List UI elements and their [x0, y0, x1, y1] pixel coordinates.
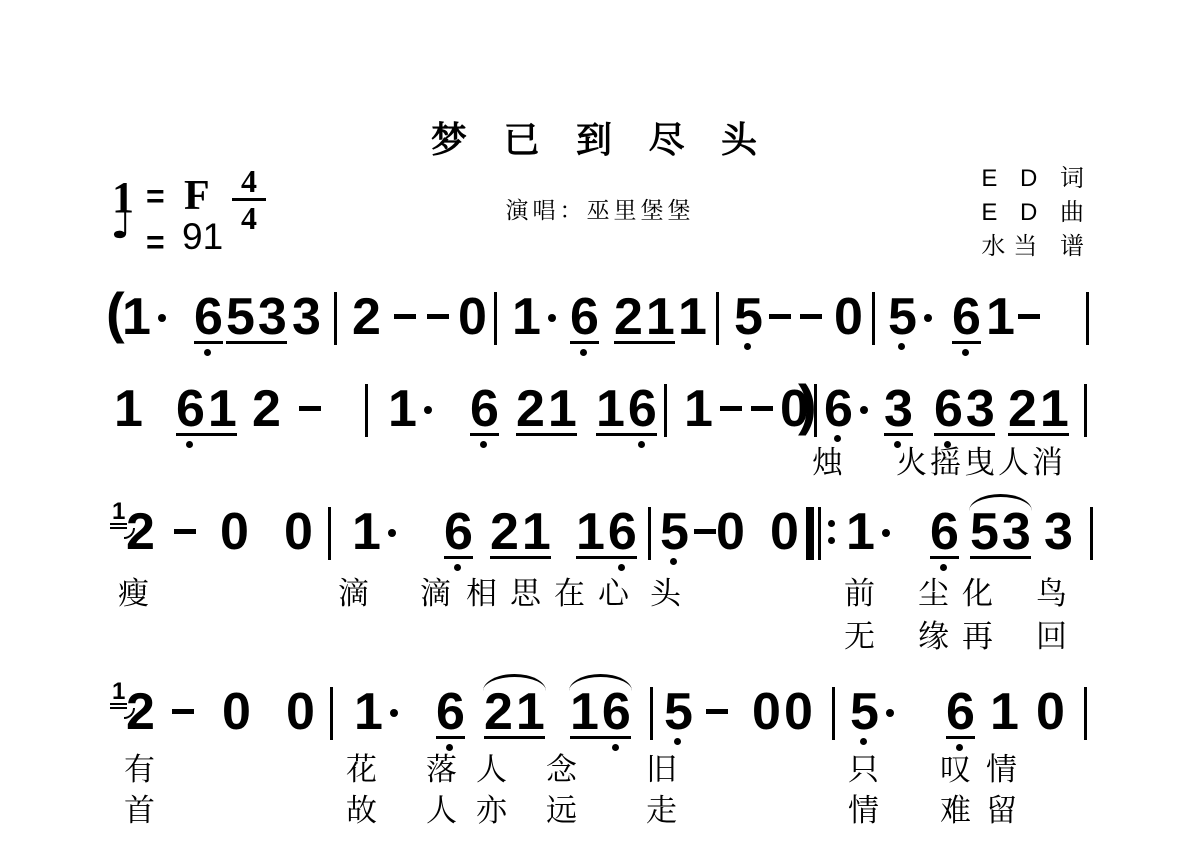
- digit-glyph: 0: [1036, 690, 1065, 734]
- octave-dot: [670, 558, 677, 565]
- barline: [872, 292, 875, 345]
- lyric-char: 故: [346, 795, 377, 826]
- note-digit: 2: [516, 387, 545, 431]
- note: 1: [678, 295, 707, 341]
- note: 0: [784, 690, 813, 736]
- grace-note: 1: [110, 502, 127, 529]
- duration-dash: [769, 314, 791, 319]
- note-digit: 1: [570, 690, 599, 734]
- note-body: 1: [990, 690, 1019, 736]
- note-digit: 0: [834, 295, 863, 339]
- lyric-char: 落: [426, 754, 457, 785]
- note-body: 6: [570, 295, 599, 344]
- digit-glyph: 3: [258, 295, 287, 339]
- augmentation-dot: [390, 709, 398, 717]
- digit-glyph: 2: [1008, 387, 1037, 431]
- note-body: 2: [352, 295, 381, 341]
- lyric-char: 鸟: [1036, 578, 1067, 609]
- digit-glyph: 1: [548, 387, 577, 431]
- note: 6: [570, 295, 599, 344]
- repeat-sign-part: [806, 507, 814, 560]
- digit-glyph: 5: [660, 510, 689, 554]
- beam-group: 53: [970, 510, 1031, 559]
- barline: [494, 292, 497, 345]
- note: 2: [126, 510, 155, 556]
- note-body: 3: [292, 295, 321, 341]
- note-body: 0: [1036, 690, 1065, 736]
- note-body: 1: [512, 295, 541, 341]
- note: 0: [1036, 690, 1065, 736]
- augmentation-dot: [924, 314, 932, 322]
- digit-glyph: 1: [114, 387, 143, 431]
- note-body: 6: [946, 690, 975, 739]
- barline: [334, 292, 337, 345]
- augmentation-dot: [548, 314, 556, 322]
- note-digit: 1: [352, 510, 381, 554]
- lyric-char: 花: [346, 754, 377, 785]
- note-body: 5: [664, 690, 693, 736]
- duration-dash: [800, 314, 822, 319]
- lyric-char: 人: [426, 795, 457, 826]
- note-body: 1: [986, 295, 1015, 341]
- digit-glyph: 6: [824, 387, 853, 431]
- digit-glyph: 5: [850, 690, 879, 734]
- note-digit: 1: [522, 510, 551, 554]
- digit-glyph: 3: [966, 387, 995, 431]
- lyric-char: 难: [940, 795, 971, 826]
- note-digit: 1: [576, 510, 605, 554]
- note: 3: [1044, 510, 1073, 556]
- note-digit: 6: [602, 690, 631, 734]
- note-digit: 5: [734, 295, 763, 339]
- note-body: 0: [716, 510, 745, 556]
- note-digit: 6: [934, 387, 963, 431]
- note-digit: 5: [226, 295, 255, 339]
- digit-glyph: 1: [986, 295, 1015, 339]
- octave-dot: [898, 343, 905, 350]
- note-body: 1: [388, 387, 417, 433]
- note-digit: 2: [484, 690, 513, 734]
- lyric-char: 相: [466, 578, 497, 609]
- note-body: 5: [734, 295, 763, 341]
- digit-glyph: 2: [484, 690, 513, 734]
- digit-glyph: 0: [222, 690, 251, 734]
- note-digit: 2: [352, 295, 381, 339]
- note-digit: 0: [716, 510, 745, 554]
- digit-glyph: 5: [226, 295, 255, 339]
- note: 0: [834, 295, 863, 341]
- digit-glyph: 1: [512, 295, 541, 339]
- lyric-char: 只: [848, 754, 879, 785]
- note: 3: [292, 295, 321, 341]
- note-body: 1: [678, 295, 707, 341]
- note-digit: 1: [1040, 387, 1069, 431]
- digit-glyph: 6: [602, 690, 631, 734]
- beam-group: 21: [484, 690, 545, 739]
- note: 1: [986, 295, 1015, 341]
- digit-glyph: 1: [576, 510, 605, 554]
- note-digit: 2: [126, 510, 155, 554]
- duration-dash: [427, 314, 449, 319]
- digit-glyph: 1: [516, 690, 545, 734]
- note: 6: [946, 690, 975, 739]
- octave-dot: [962, 349, 969, 356]
- lyric-char: 亦: [476, 795, 507, 826]
- digit-glyph: 2: [126, 510, 155, 554]
- note-digit: 1: [990, 690, 1019, 734]
- octave-dot: [580, 349, 587, 356]
- note-digit: 5: [850, 690, 879, 734]
- digit-glyph: 2: [490, 510, 519, 554]
- note-digit: 6: [930, 510, 959, 554]
- note-body: 1: [114, 387, 143, 433]
- digit-glyph: 2: [614, 295, 643, 339]
- repeat-sign-part: [828, 537, 835, 544]
- note-digit: 1: [548, 387, 577, 431]
- note-digit: 6: [608, 510, 637, 554]
- note: 6: [930, 510, 959, 559]
- digit-glyph: 6: [194, 295, 223, 339]
- barline: [1084, 687, 1087, 740]
- note-body: 1: [846, 510, 875, 556]
- duration-dash: [751, 406, 773, 411]
- note-digit: 0: [286, 690, 315, 734]
- augmentation-dot: [424, 406, 432, 414]
- note-digit: 0: [222, 690, 251, 734]
- note: 0: [220, 510, 249, 556]
- digit-glyph: 0: [716, 510, 745, 554]
- note-digit: 1: [596, 387, 625, 431]
- note: 0: [458, 295, 487, 341]
- note-digit: 1: [986, 295, 1015, 339]
- note: 0: [286, 690, 315, 736]
- note-digit: 1: [208, 387, 237, 431]
- note-body: 0: [220, 510, 249, 556]
- note-body: 2: [126, 510, 155, 556]
- note: 1: [990, 690, 1019, 736]
- note: 6: [194, 295, 223, 344]
- note: 6: [952, 295, 981, 344]
- beam-group: 21: [516, 387, 577, 436]
- lyric-char: 缘: [918, 621, 949, 652]
- note-digit: 0: [284, 510, 313, 554]
- duration-dash: [1018, 314, 1040, 319]
- octave-dot: [860, 738, 867, 745]
- note-digit: 0: [1036, 690, 1065, 734]
- lyric-char: 头: [650, 578, 681, 609]
- note-body: 0: [770, 510, 799, 556]
- lyric-char: 叹: [940, 754, 971, 785]
- note-digit: 3: [884, 387, 913, 431]
- digit-glyph: 6: [176, 387, 205, 431]
- digit-glyph: 6: [470, 387, 499, 431]
- barline: [328, 507, 331, 560]
- note-body: 6: [952, 295, 981, 344]
- digit-glyph: 5: [734, 295, 763, 339]
- note-digit: 6: [946, 690, 975, 734]
- note-digit: 0: [752, 690, 781, 734]
- note-digit: 2: [614, 295, 643, 339]
- note-body: 0: [286, 690, 315, 736]
- note-digit: 1: [512, 295, 541, 339]
- lyric-char: 情: [848, 795, 879, 826]
- note-digit: 3: [258, 295, 287, 339]
- grace-note-body: 1: [110, 502, 127, 529]
- note: 1: [114, 387, 143, 433]
- augmentation-dot: [882, 529, 890, 537]
- note-body: 6: [824, 387, 853, 433]
- digit-glyph: 1: [596, 387, 625, 431]
- note-digit: 1: [122, 295, 151, 339]
- barline: [330, 687, 333, 740]
- digit-glyph: 1: [846, 510, 875, 554]
- note: 1: [684, 387, 713, 433]
- note: 0: [770, 510, 799, 556]
- lyric-char: 滴: [338, 578, 369, 609]
- digit-glyph: 0: [220, 510, 249, 554]
- lyric-char: 无: [844, 621, 875, 652]
- note: 6: [436, 690, 465, 739]
- note-digit: 2: [252, 387, 281, 431]
- octave-dot: [834, 435, 841, 442]
- note-digit: 1: [684, 387, 713, 431]
- augmentation-dot: [860, 406, 868, 414]
- digit-glyph: 0: [784, 690, 813, 734]
- digit-glyph: 3: [884, 387, 913, 431]
- barline: [814, 384, 817, 437]
- note-digit: 0: [784, 690, 813, 734]
- digit-glyph: 6: [570, 295, 599, 339]
- note: 3: [884, 387, 913, 436]
- octave-dot: [612, 744, 619, 751]
- beam-group: 61: [176, 387, 237, 436]
- note-digit: 0: [770, 510, 799, 554]
- note-digit: 6: [470, 387, 499, 431]
- beam-group: 16: [596, 387, 657, 436]
- note-body: 1: [352, 510, 381, 556]
- digit-glyph: 1: [684, 387, 713, 431]
- barline: [365, 384, 368, 437]
- note-body: 0: [784, 690, 813, 736]
- lyric-char: 思: [510, 578, 541, 609]
- octave-dot: [744, 343, 751, 350]
- digit-glyph: 1: [354, 690, 383, 734]
- digit-glyph: 2: [126, 690, 155, 734]
- augmentation-dot: [388, 529, 396, 537]
- digit-glyph: 2: [516, 387, 545, 431]
- digit-glyph: 6: [934, 387, 963, 431]
- lyric-char: 有: [124, 754, 155, 785]
- barline: [832, 687, 835, 740]
- note-body: 0: [834, 295, 863, 341]
- note-body: 1: [354, 690, 383, 736]
- note-digit: 5: [970, 510, 999, 554]
- note: 1: [352, 510, 381, 556]
- octave-dot: [446, 744, 453, 751]
- lyric-char: 尘: [918, 578, 949, 609]
- note: 1: [388, 387, 417, 433]
- beam-group: 16: [576, 510, 637, 559]
- note: 2: [126, 690, 155, 736]
- octave-dot: [956, 744, 963, 751]
- grace-note: 1: [110, 682, 127, 709]
- note-digit: 3: [1002, 510, 1031, 554]
- note: 2: [252, 387, 281, 433]
- note-body: 0: [284, 510, 313, 556]
- lyric-char: 旧: [646, 754, 677, 785]
- beam-group: 16: [570, 690, 631, 739]
- digit-glyph: 5: [888, 295, 917, 339]
- note-digit: 3: [292, 295, 321, 339]
- octave-dot: [674, 738, 681, 745]
- duration-dash: [174, 529, 196, 534]
- octave-dot: [454, 564, 461, 571]
- digit-glyph: 3: [1044, 510, 1073, 554]
- note-digit: 2: [126, 690, 155, 734]
- note-body: 0: [752, 690, 781, 736]
- lyric-char: 人: [998, 447, 1029, 478]
- tempo-equals: =: [146, 224, 165, 261]
- grace-digit: 1: [110, 502, 127, 525]
- credit-transcriber: 水当 谱: [981, 226, 1092, 261]
- lyric-char: 曳: [964, 447, 995, 478]
- note-body: 6: [194, 295, 223, 344]
- note-body: 6: [930, 510, 959, 559]
- note-digit: 6: [570, 295, 599, 339]
- duration-dash: [394, 314, 416, 319]
- note-body: 6: [444, 510, 473, 559]
- note-digit: 1: [354, 690, 383, 734]
- digit-glyph: 5: [970, 510, 999, 554]
- repeat-sign-part: [818, 507, 821, 560]
- digit-glyph: 1: [352, 510, 381, 554]
- digit-glyph: 0: [458, 295, 487, 339]
- digit-glyph: 1: [522, 510, 551, 554]
- note-digit: 6: [436, 690, 465, 734]
- note-body: 5: [850, 690, 879, 736]
- lyric-char: 在: [554, 578, 585, 609]
- note: 5: [660, 510, 689, 556]
- lyric-char: 瘦: [118, 578, 149, 609]
- digit-glyph: 0: [834, 295, 863, 339]
- lyric-char: 滴: [420, 578, 451, 609]
- lyric-char: 摇: [930, 447, 961, 478]
- octave-dot: [940, 564, 947, 571]
- note-digit: 0: [458, 295, 487, 339]
- note-digit: 3: [966, 387, 995, 431]
- note: 0: [222, 690, 251, 736]
- note-body: 0: [222, 690, 251, 736]
- note-body: 1: [122, 295, 151, 341]
- note-body: 5: [888, 295, 917, 341]
- credit-composer: E D 曲: [981, 192, 1092, 227]
- note: 6: [824, 387, 853, 433]
- note-digit: 1: [388, 387, 417, 431]
- note-body: 2: [126, 690, 155, 736]
- duration-dash: [172, 709, 194, 714]
- sheet-music-page: 梦 已 到 尽 头 1 = F 4 4 ♩ = 91 演唱：巫里堡堡 E D 词…: [0, 0, 1200, 850]
- note-digit: 3: [1044, 510, 1073, 554]
- note-digit: 6: [824, 387, 853, 431]
- note: 0: [716, 510, 745, 556]
- digit-glyph: 1: [1040, 387, 1069, 431]
- digit-glyph: 6: [608, 510, 637, 554]
- beam-group: 53: [226, 295, 287, 344]
- digit-glyph: 3: [1002, 510, 1031, 554]
- lyric-char: 留: [986, 795, 1017, 826]
- note: 0: [284, 510, 313, 556]
- note-body: 0: [458, 295, 487, 341]
- digit-glyph: 6: [436, 690, 465, 734]
- note-body: 1: [684, 387, 713, 433]
- note: 1: [122, 295, 151, 341]
- digit-glyph: 0: [286, 690, 315, 734]
- barline: [1084, 384, 1087, 437]
- lyric-char: 远: [546, 795, 577, 826]
- digit-glyph: 6: [930, 510, 959, 554]
- digit-glyph: 5: [664, 690, 693, 734]
- digit-glyph: 0: [770, 510, 799, 554]
- note-digit: 1: [678, 295, 707, 339]
- note-digit: 6: [444, 510, 473, 554]
- note-digit: 0: [220, 510, 249, 554]
- lyric-char: 首: [124, 795, 155, 826]
- note-digit: 5: [888, 295, 917, 339]
- note-digit: 1: [646, 295, 675, 339]
- barline: [1090, 507, 1093, 560]
- duration-dash: [299, 406, 321, 411]
- digit-glyph: 2: [352, 295, 381, 339]
- digit-glyph: 1: [388, 387, 417, 431]
- note-digit: 1: [846, 510, 875, 554]
- lyric-char: 化: [962, 578, 993, 609]
- note-digit: 2: [490, 510, 519, 554]
- note-digit: 6: [194, 295, 223, 339]
- note: 5: [664, 690, 693, 736]
- note: 1: [354, 690, 383, 736]
- note-digit: 5: [664, 690, 693, 734]
- beam-group: 21: [614, 295, 675, 344]
- digit-glyph: 6: [628, 387, 657, 431]
- note-digit: 6: [176, 387, 205, 431]
- digit-glyph: 1: [646, 295, 675, 339]
- digit-glyph: 1: [990, 690, 1019, 734]
- note-digit: 1: [114, 387, 143, 431]
- note-body: 6: [436, 690, 465, 739]
- lyric-char: 再: [962, 621, 993, 652]
- barline: [648, 507, 651, 560]
- octave-dot: [480, 441, 487, 448]
- note: 6: [444, 510, 473, 559]
- beam-group: 21: [490, 510, 551, 559]
- note-digit: 6: [628, 387, 657, 431]
- note: 5: [850, 690, 879, 736]
- digit-glyph: 3: [292, 295, 321, 339]
- grace-note-body: 1: [110, 682, 127, 709]
- lyric-char: 人: [476, 754, 507, 785]
- digit-glyph: 6: [444, 510, 473, 554]
- note: 5: [888, 295, 917, 341]
- song-title: 梦 已 到 尽 头: [0, 112, 1200, 163]
- digit-glyph: 0: [752, 690, 781, 734]
- augmentation-dot: [158, 314, 166, 322]
- duration-dash: [706, 709, 728, 714]
- note-body: 3: [1044, 510, 1073, 556]
- lyric-char: 念: [546, 754, 577, 785]
- lyric-char: 走: [646, 795, 677, 826]
- octave-dot: [204, 349, 211, 356]
- lyric-char: 心: [598, 578, 629, 609]
